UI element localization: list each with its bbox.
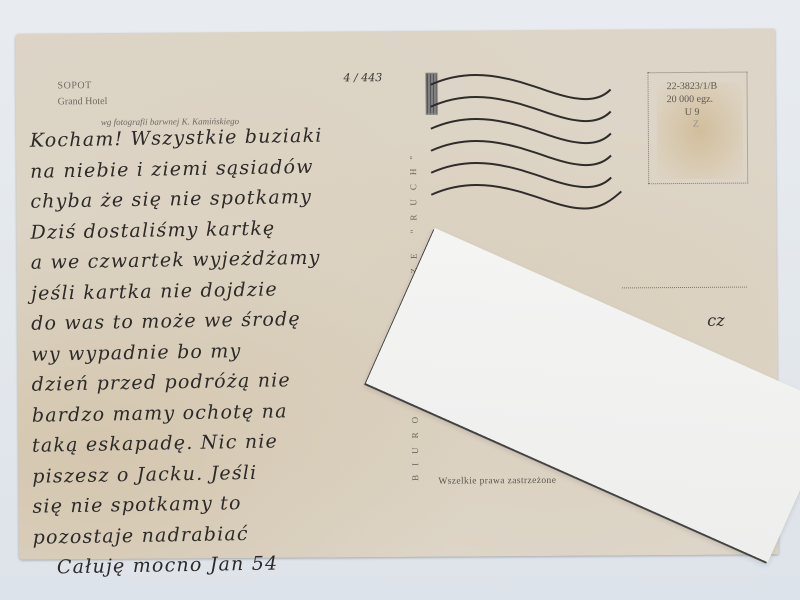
printed-subject: Grand Hotel [58,96,108,107]
stamp-line: U 9 [685,107,700,118]
stamp-line: 20 000 egz. [667,94,713,105]
corner-note: 4 / 443 [343,71,382,84]
stamp-line: Z [693,119,699,130]
stamp-box: 22-3823/1/B 20 000 egz. U 9 Z [647,72,748,185]
address-line [622,287,747,289]
stamp-line: 22-3823/1/B [667,81,718,92]
wavy-postmark-icon [425,69,626,210]
address-fragment: cz [707,311,725,330]
message-signoff: Całuję mocno Jan 54 [33,545,453,583]
printed-city: SOPOT [58,80,92,91]
rights-reserved-text: Wszelkie prawa zastrzeżone [438,476,556,487]
